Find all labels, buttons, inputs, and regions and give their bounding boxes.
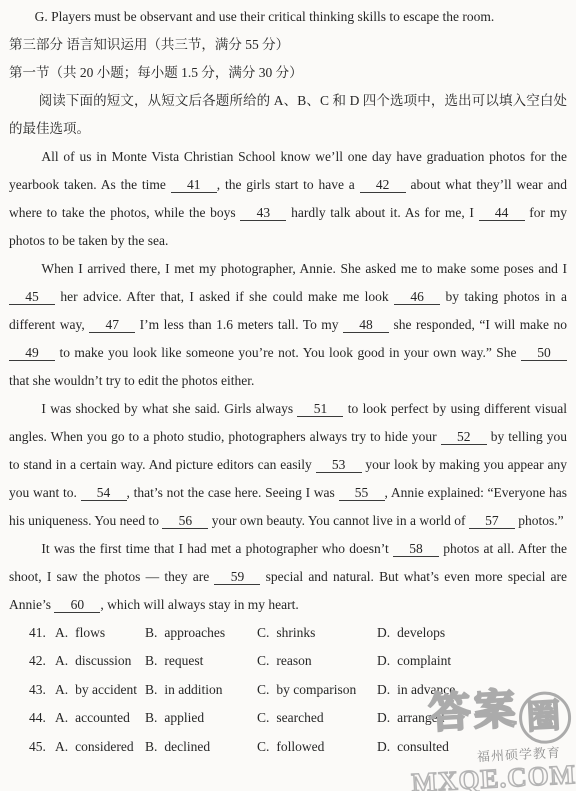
- option-text: shrinks: [276, 625, 315, 640]
- blank-56: 56: [162, 513, 208, 529]
- option-text: in advance: [397, 682, 455, 697]
- blank-54: 54: [81, 485, 127, 501]
- questions-list: 41.A.flowsB.approachesC.shrinksD.develop…: [9, 619, 567, 761]
- blank-49: 49: [9, 345, 55, 361]
- option-c: C.reason: [257, 647, 377, 675]
- blank-58: 58: [393, 541, 439, 557]
- blank-55: 55: [339, 485, 385, 501]
- exam-page: G. Players must be observant and use the…: [0, 0, 576, 761]
- blank-46: 46: [394, 289, 440, 305]
- option-c: C.by comparison: [257, 676, 377, 704]
- option-label: C.: [257, 710, 269, 725]
- blank-44: 44: [479, 205, 525, 221]
- option-text: accounted: [75, 710, 130, 725]
- option-label: B.: [145, 710, 157, 725]
- option-label: D.: [377, 682, 390, 697]
- question-row: 43.A.by accidentB.in additionC.by compar…: [29, 676, 567, 704]
- passage-paragraph: It was the first time that I had met a p…: [9, 535, 567, 619]
- blank-50: 50: [521, 345, 567, 361]
- option-d: D.arranged: [377, 704, 567, 732]
- question-row: 42.A.discussionB.requestC.reasonD.compla…: [29, 647, 567, 675]
- option-label: D.: [377, 710, 390, 725]
- option-a: A.discussion: [55, 647, 145, 675]
- option-d: D.consulted: [377, 733, 567, 761]
- blank-45: 45: [9, 289, 55, 305]
- passage-paragraph: When I arrived there, I met my photograp…: [9, 255, 567, 395]
- option-label: D.: [377, 625, 390, 640]
- option-text: in addition: [164, 682, 222, 697]
- option-d: D.complaint: [377, 647, 567, 675]
- option-b: B.in addition: [145, 676, 257, 704]
- question-number: 43.: [29, 676, 55, 704]
- instructions-text: 阅读下面的短文，从短文后各题所给的 A、B、C 和 D 四个选项中，选出可以填入…: [9, 87, 567, 143]
- option-label: A.: [55, 682, 68, 697]
- option-label: D.: [377, 739, 390, 754]
- question-number: 44.: [29, 704, 55, 732]
- option-d: D.in advance: [377, 676, 567, 704]
- option-label: C.: [257, 682, 269, 697]
- option-g-line: G. Players must be observant and use the…: [9, 3, 567, 31]
- blank-52: 52: [441, 429, 487, 445]
- option-text: applied: [164, 710, 204, 725]
- option-text: followed: [276, 739, 324, 754]
- option-a: A.accounted: [55, 704, 145, 732]
- option-label: A.: [55, 739, 68, 754]
- option-text: by comparison: [276, 682, 356, 697]
- question-number: 45.: [29, 733, 55, 761]
- blank-42: 42: [360, 177, 406, 193]
- option-label: C.: [257, 653, 269, 668]
- option-label: C.: [257, 625, 269, 640]
- blank-41: 41: [171, 177, 217, 193]
- question-row: 45.A.consideredB.declinedC.followedD.con…: [29, 733, 567, 761]
- watermark-site-text: MXQE.COM: [411, 761, 576, 791]
- section-title: 第三部分 语言知识运用（共三节，满分 55 分）: [9, 31, 567, 59]
- option-text: considered: [75, 739, 133, 754]
- option-text: develops: [397, 625, 445, 640]
- passage-paragraph: I was shocked by what she said. Girls al…: [9, 395, 567, 535]
- question-number: 41.: [29, 619, 55, 647]
- question-row: 41.A.flowsB.approachesC.shrinksD.develop…: [29, 619, 567, 647]
- question-number: 42.: [29, 647, 55, 675]
- option-text: consulted: [397, 739, 449, 754]
- option-a: A.by accident: [55, 676, 145, 704]
- option-text: reason: [276, 653, 311, 668]
- blank-59: 59: [214, 569, 260, 585]
- option-d: D.develops: [377, 619, 567, 647]
- blank-48: 48: [343, 317, 389, 333]
- option-a: A.considered: [55, 733, 145, 761]
- blank-43: 43: [240, 205, 286, 221]
- blank-60: 60: [54, 597, 100, 613]
- option-b: B.applied: [145, 704, 257, 732]
- option-c: C.shrinks: [257, 619, 377, 647]
- option-text: by accident: [75, 682, 137, 697]
- option-text: approaches: [164, 625, 225, 640]
- option-label: B.: [145, 625, 157, 640]
- option-text: declined: [164, 739, 210, 754]
- option-text: flows: [75, 625, 105, 640]
- question-row: 44.A.accountedB.appliedC.searchedD.arran…: [29, 704, 567, 732]
- option-label: A.: [55, 653, 68, 668]
- option-a: A.flows: [55, 619, 145, 647]
- option-b: B.request: [145, 647, 257, 675]
- passage-paragraph: All of us in Monte Vista Christian Schoo…: [9, 143, 567, 255]
- blank-51: 51: [297, 401, 343, 417]
- subsection-title: 第一节（共 20 小题；每小题 1.5 分，满分 30 分）: [9, 59, 567, 87]
- option-label: C.: [257, 739, 269, 754]
- option-label: B.: [145, 682, 157, 697]
- option-b: B.approaches: [145, 619, 257, 647]
- option-text: discussion: [75, 653, 131, 668]
- cloze-passage: All of us in Monte Vista Christian Schoo…: [9, 143, 567, 619]
- option-label: A.: [55, 710, 68, 725]
- option-b: B.declined: [145, 733, 257, 761]
- option-label: A.: [55, 625, 68, 640]
- option-text: arranged: [397, 710, 444, 725]
- option-c: C.searched: [257, 704, 377, 732]
- option-c: C.followed: [257, 733, 377, 761]
- blank-47: 47: [89, 317, 135, 333]
- option-text: request: [164, 653, 203, 668]
- option-text: searched: [276, 710, 323, 725]
- blank-57: 57: [469, 513, 515, 529]
- option-text: complaint: [397, 653, 451, 668]
- option-label: D.: [377, 653, 390, 668]
- blank-53: 53: [316, 457, 362, 473]
- option-label: B.: [145, 653, 157, 668]
- option-label: B.: [145, 739, 157, 754]
